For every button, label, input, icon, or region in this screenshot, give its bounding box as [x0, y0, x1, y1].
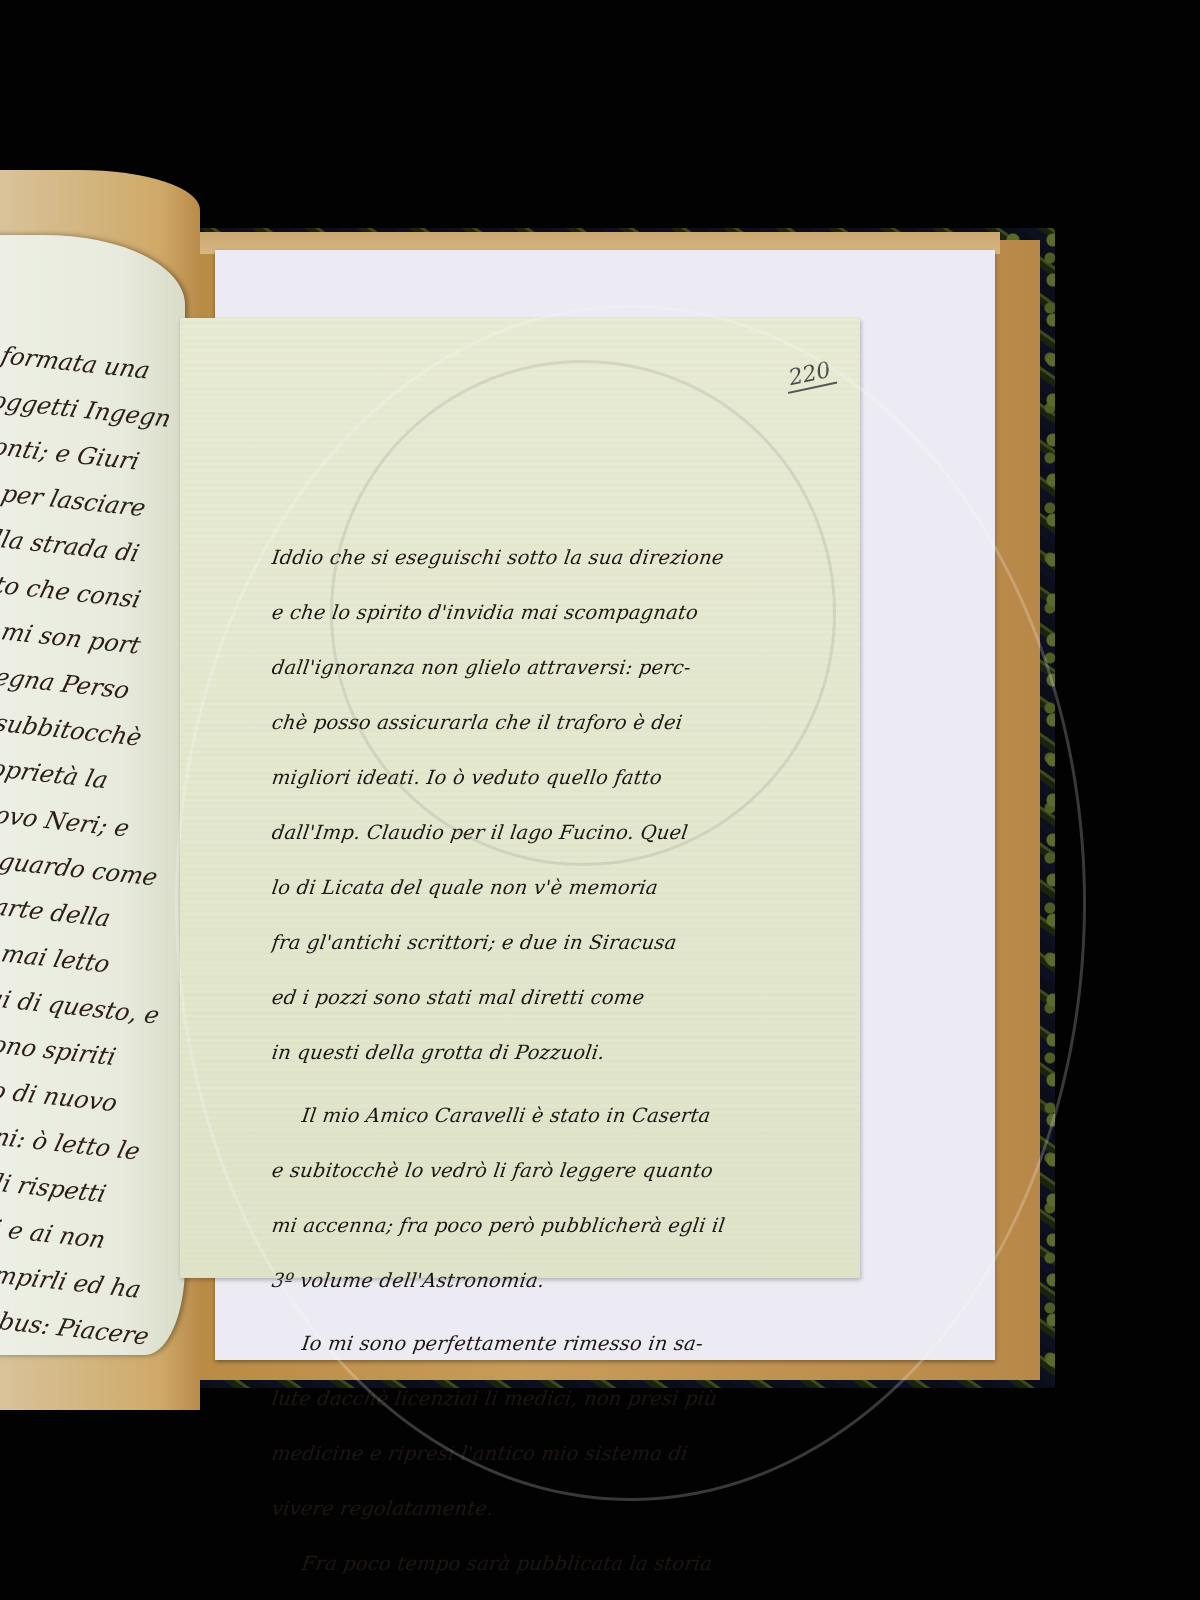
letter-line: in questi della grotta di Pozzuoli. [268, 1025, 851, 1080]
letter-line: dall'Imp. Claudio per il lago Fucino. Qu… [268, 805, 851, 860]
letter-line: Iddio che si eseguischi sotto la sua dir… [268, 530, 851, 585]
letter-line: Il mio Amico Caravelli è stato in Casert… [268, 1088, 851, 1143]
letter-text: Iddio che si eseguischi sotto la sua dir… [272, 530, 847, 1591]
letter-line: 3º volume dell'Astronomia. [268, 1253, 851, 1308]
letter-line: fra gl'antichi scrittori; e due in Sirac… [268, 915, 851, 970]
letter-line: medicine e ripresi l'antico mio sistema … [268, 1426, 851, 1481]
letter-line: e che lo spirito d'invidia mai scompagna… [268, 585, 851, 640]
left-book-page: è formata una soggetti Ingegn conti; e G… [0, 235, 185, 1355]
letter-line: chè posso assicurarla che il traforo è d… [268, 695, 851, 750]
left-page-text: è formata una soggetti Ingegn conti; e G… [0, 330, 185, 1342]
letter-line: Io mi sono perfettamente rimesso in sa- [268, 1316, 851, 1371]
letter-line: ed i pozzi sono stati mal diretti come [268, 970, 851, 1025]
letter-line: migliori ideati. Io ò veduto quello fatt… [268, 750, 851, 805]
letter-line: Fra poco tempo sarà pubblicata la storia [268, 1536, 851, 1591]
letter-line: mi accenna; fra poco però pubblicherà eg… [268, 1198, 851, 1253]
letter-line: lo di Licata del quale non v'è memoria [268, 860, 851, 915]
letter-line: vivere regolatamente. [268, 1481, 851, 1536]
letter-line: dall'ignoranza non glielo attraversi: pe… [268, 640, 851, 695]
letter-line: e subitocchè lo vedrò li farò leggere qu… [268, 1143, 851, 1198]
letter-line: lute dacchè licenziai li medici, non pre… [268, 1371, 851, 1426]
